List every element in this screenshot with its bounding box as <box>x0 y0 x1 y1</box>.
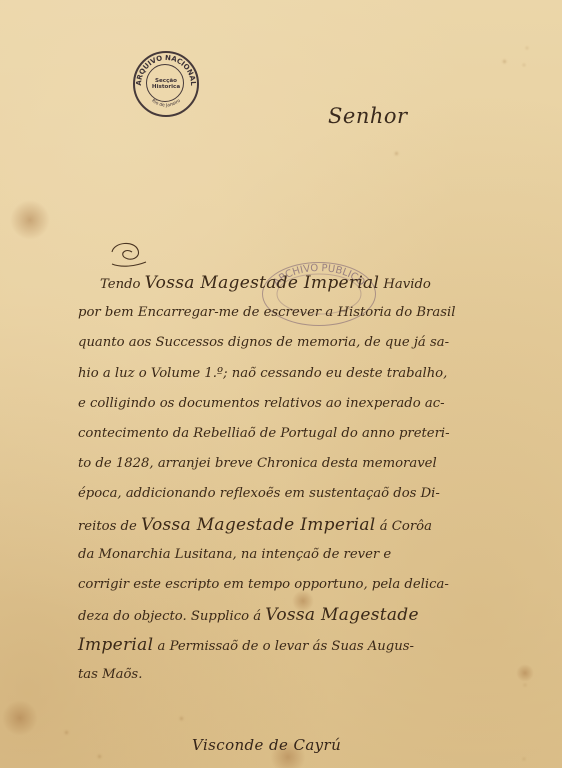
line-text: por bem Encarregar-me de escrever a Hist… <box>78 305 455 320</box>
paper-spot <box>180 717 183 720</box>
salutation: Senhor <box>328 104 408 128</box>
line-text: quanto aos Successos dignos de memoria, … <box>78 335 449 350</box>
letter-line: contecimento da Rebelliaõ de Portugal do… <box>78 419 478 449</box>
line-text: to de 1828, arranjei breve Chronica dest… <box>78 456 437 471</box>
line-text: deza do objecto. Supplico á <box>78 609 265 624</box>
signature: Visconde de Cayrú <box>192 736 341 754</box>
stamp-section-name: Historica <box>152 84 180 90</box>
manuscript-page: ARQUIVO NACIONAL Rio de Janeiro Secção H… <box>0 0 562 768</box>
paper-spot <box>98 755 101 758</box>
letter-line: e colligindo os documentos relativos ao … <box>78 389 478 419</box>
line-text: época, addicionando reflexoẽs em sustent… <box>78 486 440 501</box>
honorific-text: Vossa Magestade Imperial <box>145 273 380 293</box>
line-text: Tendo <box>100 277 145 292</box>
paper-spot <box>65 731 68 734</box>
paper-spot <box>503 60 506 63</box>
flourish-ornament <box>108 240 148 270</box>
letter-line: hio a luz o Volume 1.º; naõ cessando eu … <box>78 359 478 389</box>
letter-line: por bem Encarregar-me de escrever a Hist… <box>78 298 478 328</box>
archive-round-stamp: ARQUIVO NACIONAL Rio de Janeiro Secção H… <box>133 51 199 117</box>
honorific-text: Imperial <box>78 635 153 655</box>
paper-spot <box>395 152 398 155</box>
letter-line: quanto aos Successos dignos de memoria, … <box>78 328 478 358</box>
honorific-text: Vossa Magestade Imperial <box>141 515 376 535</box>
line-text: á Corôa <box>376 519 432 534</box>
letter-line: tas Maõs. <box>78 660 478 690</box>
paper-stain <box>516 664 534 682</box>
letter-line: deza do objecto. Supplico á Vossa Magest… <box>78 600 478 630</box>
stamp-inner-text: Secção Historica <box>152 78 180 90</box>
paper-stain <box>10 200 50 240</box>
letter-line: Imperial a Permissaõ de o levar ás Suas … <box>78 630 478 660</box>
letter-line: corrigir este escripto em tempo opportun… <box>78 570 478 600</box>
paper-spot <box>526 47 528 49</box>
letter-line: Tendo Vossa Magestade Imperial Havido <box>78 268 478 298</box>
paper-spot <box>523 758 525 760</box>
honorific-text: Vossa Magestade <box>265 605 419 625</box>
svg-text:Rio de Janeiro: Rio de Janeiro <box>150 98 181 109</box>
paper-spot <box>524 684 526 686</box>
line-text: corrigir este escripto em tempo opportun… <box>78 577 449 592</box>
letter-line: época, addicionando reflexoẽs em sustent… <box>78 479 478 509</box>
letter-line: to de 1828, arranjei breve Chronica dest… <box>78 449 478 479</box>
line-text: da Monarchia Lusitana, na intençaõ de re… <box>78 547 391 562</box>
letter-body: Tendo Vossa Magestade Imperial Havidopor… <box>78 268 478 691</box>
line-text: Havido <box>379 277 431 292</box>
paper-stain <box>2 700 38 736</box>
line-text: hio a luz o Volume 1.º; naõ cessando eu … <box>78 366 447 381</box>
line-text: tas Maõs. <box>78 667 142 682</box>
letter-line: da Monarchia Lusitana, na intençaõ de re… <box>78 540 478 570</box>
stamp-bottom-label: Rio de Janeiro <box>150 98 181 109</box>
line-text: reitos de <box>78 519 141 534</box>
line-text: a Permissaõ de o levar ás Suas Augus- <box>153 639 414 654</box>
line-text: e colligindo os documentos relativos ao … <box>78 396 445 411</box>
paper-spot <box>523 64 525 66</box>
letter-line: reitos de Vossa Magestade Imperial á Cor… <box>78 510 478 540</box>
line-text: contecimento da Rebelliaõ de Portugal do… <box>78 426 450 441</box>
